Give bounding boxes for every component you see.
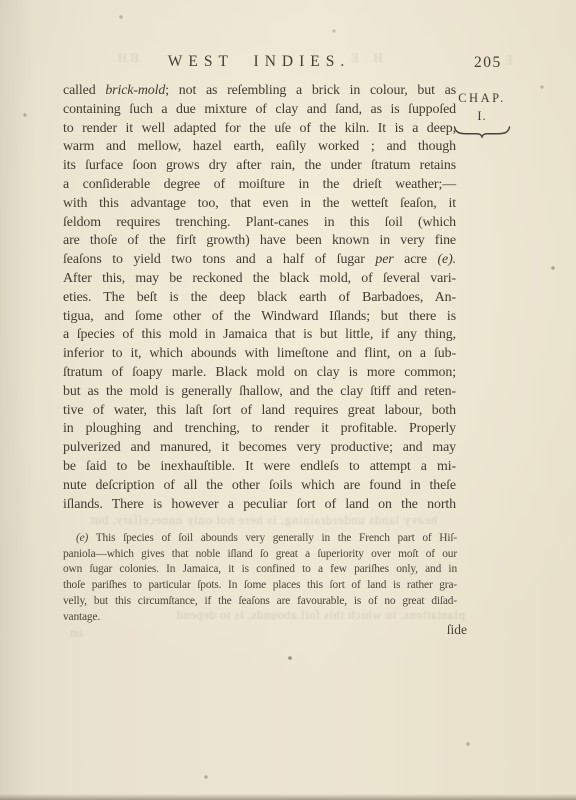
text-line: eties. The beſt is the deep black earth … [63, 289, 456, 308]
running-header: WEST INDIES. [63, 53, 455, 71]
text-line: paniola—which gives that noble iſland ſo… [63, 547, 457, 563]
paper-specks [0, 0, 2, 2]
text-line: ſeaſons to yield two tons and a half of … [63, 251, 456, 270]
chapter-margin-note: CHAP. I. [449, 91, 515, 143]
text-line: ſtratum of ſoapy marle. Black mold on cl… [63, 364, 456, 383]
page-left-shading [0, 0, 34, 800]
text-line: with this advantage too, that even in th… [63, 195, 456, 214]
text-line: tigua, and ſome other of the Windward Iſ… [63, 308, 456, 327]
page-number: 205 [474, 54, 502, 72]
text-line: tive of water, this laſt ſort of land re… [63, 402, 456, 421]
text-line: inferior to it, which abounds with limeſ… [63, 345, 456, 364]
chapter-numeral: I. [449, 109, 515, 124]
text-line: nute deſcription of all the other ſoils … [63, 477, 456, 496]
chapter-brace-icon [449, 125, 515, 143]
text-line: its ſurface ſoon grows dry after rain, t… [63, 157, 456, 176]
text-line: After this, may be reckoned the black mo… [63, 270, 456, 289]
text-line: own ſugar colonies. In Jamaica, it is co… [63, 562, 457, 578]
text-line: are thoſe of the firſt growth) have been… [63, 232, 456, 251]
chapter-label: CHAP. [449, 91, 515, 106]
text-line: containing ſuch a due mixture of clay an… [63, 101, 456, 120]
show-through-text: plantations, to which this ſoil abounds,… [176, 608, 465, 623]
show-through-text: E [505, 53, 513, 68]
show-through-text: heavy lands underdraining, is here not o… [90, 512, 437, 528]
text-line: ſeldom requires trenching. Plant-canes i… [63, 214, 456, 233]
text-line: be ſaid to be inexhauſtible. It were end… [63, 458, 456, 477]
text-line: thoſe pariſhes to particular ſpots. In ſ… [63, 578, 457, 594]
text-line: a conſiderable degree of moiſture in the… [63, 176, 456, 195]
text-line: called brick-mold; not as reſembling a b… [63, 82, 456, 101]
page-bottom-shadow [0, 794, 576, 800]
text-line: but as the mold is generally ſhallow, an… [63, 383, 456, 402]
text-line: in ploughing and trenching, to render it… [63, 420, 456, 439]
text-line: warm and mellow, hazel earth, eaſily wor… [63, 138, 456, 157]
body-text: called brick-mold; not as reſembling a b… [63, 82, 456, 514]
book-page-scan: B H H E E WEST INDIES. 205 CHAP. I. call… [0, 0, 576, 800]
catchword: ſide [63, 622, 467, 638]
text-line: pulverized and manured, it becomes very … [63, 439, 456, 458]
text-line: (e) This ſpecies of ſoil abounds very ge… [63, 531, 457, 547]
text-line: to render it well adapted for the uſe of… [63, 120, 456, 139]
text-line: a ſpecies of this mold in Jamaica that i… [63, 326, 456, 345]
